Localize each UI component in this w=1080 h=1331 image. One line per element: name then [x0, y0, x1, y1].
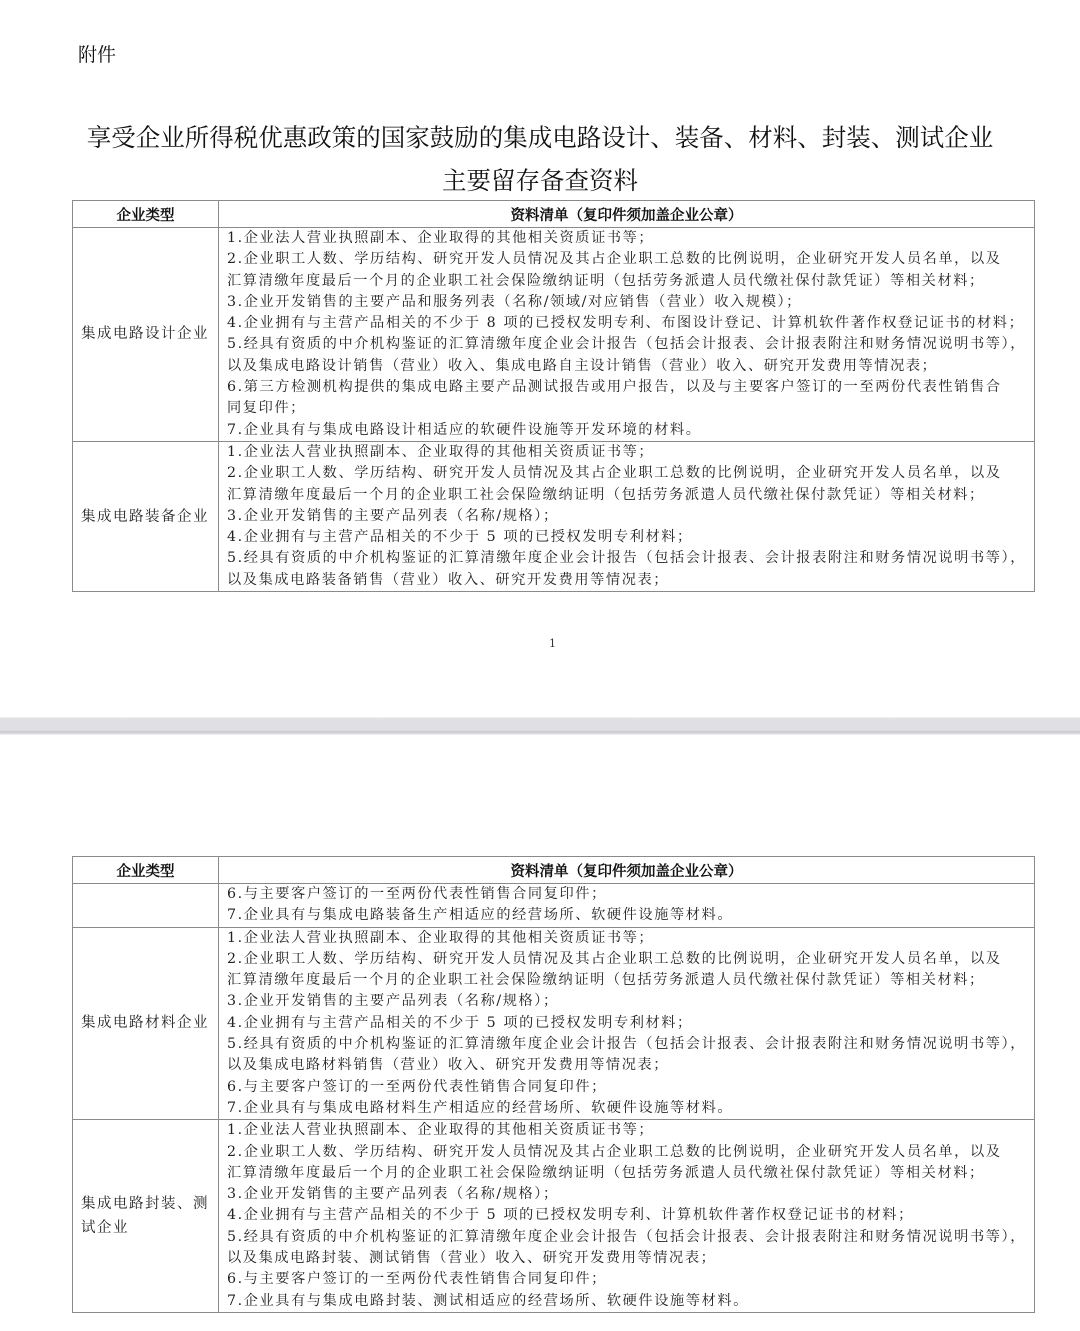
list-item: 1.企业法人营业执照副本、企业取得的其他相关资质证书等；	[227, 228, 1028, 249]
materials-cell: 1.企业法人营业执照副本、企业取得的其他相关资质证书等； 2.企业职工人数、学历…	[219, 1120, 1035, 1313]
list-item: 2.企业职工人数、学历结构、研究开发人员情况及其占企业职工总数的比例说明，企业研…	[227, 249, 1028, 270]
materials-cell: 1.企业法人营业执照副本、企业取得的其他相关资质证书等； 2.企业职工人数、学历…	[219, 441, 1035, 591]
list-item: 6.与主要客户签订的一至两份代表性销售合同复印件；	[227, 1077, 1028, 1098]
category-cell: 集成电路材料企业	[73, 927, 219, 1120]
list-item: 以及集成电路设计销售（营业）收入、集成电路自主设计销售（营业）收入、研究开发费用…	[227, 356, 1028, 377]
list-item: 4.企业拥有与主营产品相关的不少于 5 项的已授权发明专利、计算机软件著作权登记…	[227, 1205, 1028, 1226]
list-item: 4.企业拥有与主营产品相关的不少于 5 项的已授权发明专利材料；	[227, 1013, 1028, 1034]
list-item: 汇算清缴年度最后一个月的企业职工社会保险缴纳证明（包括劳务派遣人员代缴社保付款凭…	[227, 1163, 1028, 1184]
category-cell: 集成电路装备企业	[73, 441, 219, 591]
list-item: 7.企业具有与集成电路装备生产相适应的经营场所、软硬件设施等材料。	[227, 905, 1028, 926]
category-line-2: 试企业	[81, 1216, 218, 1240]
header-materials: 资料清单（复印件须加盖企业公章）	[219, 857, 1035, 884]
requirements-table-page-2: 企业类型 资料清单（复印件须加盖企业公章） 6.与主要客户签订的一至两份代表性销…	[72, 856, 1035, 1313]
list-item: 1.企业法人营业执照副本、企业取得的其他相关资质证书等；	[227, 442, 1028, 463]
list-item: 汇算清缴年度最后一个月的企业职工社会保险缴纳证明（包括劳务派遣人员代缴社保付款凭…	[227, 271, 1028, 292]
list-item: 6.与主要客户签订的一至两份代表性销售合同复印件；	[227, 884, 1028, 905]
category-cell-empty	[73, 884, 219, 928]
category-cell: 集成电路封装、测 试企业	[73, 1120, 219, 1313]
list-item: 6.第三方检测机构提供的集成电路主要产品测试报告或用户报告，以及与主要客户签订的…	[227, 377, 1028, 398]
attachment-label: 附件	[78, 40, 116, 67]
list-item: 7.企业具有与集成电路设计相适应的软硬件设施等开发环境的材料。	[227, 420, 1028, 441]
materials-cell: 1.企业法人营业执照副本、企业取得的其他相关资质证书等； 2.企业职工人数、学历…	[219, 927, 1035, 1120]
list-item: 1.企业法人营业执照副本、企业取得的其他相关资质证书等；	[227, 928, 1028, 949]
list-item: 同复印件；	[227, 398, 1028, 419]
category-line-1: 集成电路封装、测	[81, 1192, 218, 1216]
table-header-row: 企业类型 资料清单（复印件须加盖企业公章）	[73, 857, 1035, 884]
list-item: 以及集成电路装备销售（营业）收入、研究开发费用等情况表；	[227, 570, 1028, 591]
list-item: 5.经具有资质的中介机构鉴证的汇算清缴年度企业会计报告（包括会计报表、会计报表附…	[227, 548, 1028, 569]
page-separator	[0, 717, 1080, 735]
list-item: 以及集成电路材料销售（营业）收入、研究开发费用等情况表；	[227, 1055, 1028, 1076]
list-item: 3.企业开发销售的主要产品列表（名称/规格）；	[227, 991, 1028, 1012]
document-page-1: 附件 享受企业所得税优惠政策的国家鼓励的集成电路设计、装备、材料、封装、测试企业…	[0, 0, 1080, 717]
list-item: 6.与主要客户签订的一至两份代表性销售合同复印件；	[227, 1269, 1028, 1290]
document-title-line-1: 享受企业所得税优惠政策的国家鼓励的集成电路设计、装备、材料、封装、测试企业	[0, 123, 1080, 153]
list-item: 4.企业拥有与主营产品相关的不少于 5 项的已授权发明专利材料；	[227, 527, 1028, 548]
list-item: 4.企业拥有与主营产品相关的不少于 8 项的已授权发明专利、布图设计登记、计算机…	[227, 313, 1028, 334]
list-item: 汇算清缴年度最后一个月的企业职工社会保险缴纳证明（包括劳务派遣人员代缴社保付款凭…	[227, 970, 1028, 991]
list-item: 3.企业开发销售的主要产品列表（名称/规格）；	[227, 1184, 1028, 1205]
header-category: 企业类型	[73, 201, 219, 228]
list-item: 5.经具有资质的中介机构鉴证的汇算清缴年度企业会计报告（包括会计报表、会计报表附…	[227, 1227, 1028, 1248]
list-item: 5.经具有资质的中介机构鉴证的汇算清缴年度企业会计报告（包括会计报表、会计报表附…	[227, 334, 1028, 355]
page-number: 1	[549, 637, 556, 650]
list-item: 以及集成电路封装、测试销售（营业）收入、研究开发费用等情况表；	[227, 1248, 1028, 1269]
table-header-row: 企业类型 资料清单（复印件须加盖企业公章）	[73, 201, 1035, 228]
table-row-equipment: 集成电路装备企业 1.企业法人营业执照副本、企业取得的其他相关资质证书等； 2.…	[73, 441, 1035, 591]
table-row-design: 集成电路设计企业 1.企业法人营业执照副本、企业取得的其他相关资质证书等； 2.…	[73, 228, 1035, 442]
list-item: 7.企业具有与集成电路材料生产相适应的经营场所、软硬件设施等材料。	[227, 1098, 1028, 1119]
category-cell: 集成电路设计企业	[73, 228, 219, 442]
list-item: 汇算清缴年度最后一个月的企业职工社会保险缴纳证明（包括劳务派遣人员代缴社保付款凭…	[227, 485, 1028, 506]
list-item: 7.企业具有与集成电路封装、测试相适应的经营场所、软硬件设施等材料。	[227, 1291, 1028, 1312]
header-materials: 资料清单（复印件须加盖企业公章）	[219, 201, 1035, 228]
list-item: 3.企业开发销售的主要产品和服务列表（名称/领域/对应销售（营业）收入规模）；	[227, 292, 1028, 313]
list-item: 2.企业职工人数、学历结构、研究开发人员情况及其占企业职工总数的比例说明，企业研…	[227, 463, 1028, 484]
table-row-packaging-testing: 集成电路封装、测 试企业 1.企业法人营业执照副本、企业取得的其他相关资质证书等…	[73, 1120, 1035, 1313]
document-title-line-2: 主要留存备查资料	[0, 166, 1080, 196]
list-item: 1.企业法人营业执照副本、企业取得的其他相关资质证书等；	[227, 1120, 1028, 1141]
list-item: 2.企业职工人数、学历结构、研究开发人员情况及其占企业职工总数的比例说明，企业研…	[227, 949, 1028, 970]
materials-cell: 6.与主要客户签订的一至两份代表性销售合同复印件； 7.企业具有与集成电路装备生…	[219, 884, 1035, 928]
table-row-materials: 集成电路材料企业 1.企业法人营业执照副本、企业取得的其他相关资质证书等； 2.…	[73, 927, 1035, 1120]
requirements-table-page-1: 企业类型 资料清单（复印件须加盖企业公章） 集成电路设计企业 1.企业法人营业执…	[72, 200, 1035, 592]
materials-cell: 1.企业法人营业执照副本、企业取得的其他相关资质证书等； 2.企业职工人数、学历…	[219, 228, 1035, 442]
list-item: 5.经具有资质的中介机构鉴证的汇算清缴年度企业会计报告（包括会计报表、会计报表附…	[227, 1034, 1028, 1055]
list-item: 3.企业开发销售的主要产品列表（名称/规格）；	[227, 506, 1028, 527]
header-category: 企业类型	[73, 857, 219, 884]
list-item: 2.企业职工人数、学历结构、研究开发人员情况及其占企业职工总数的比例说明，企业研…	[227, 1142, 1028, 1163]
table-row-equipment-continued: 6.与主要客户签订的一至两份代表性销售合同复印件； 7.企业具有与集成电路装备生…	[73, 884, 1035, 928]
